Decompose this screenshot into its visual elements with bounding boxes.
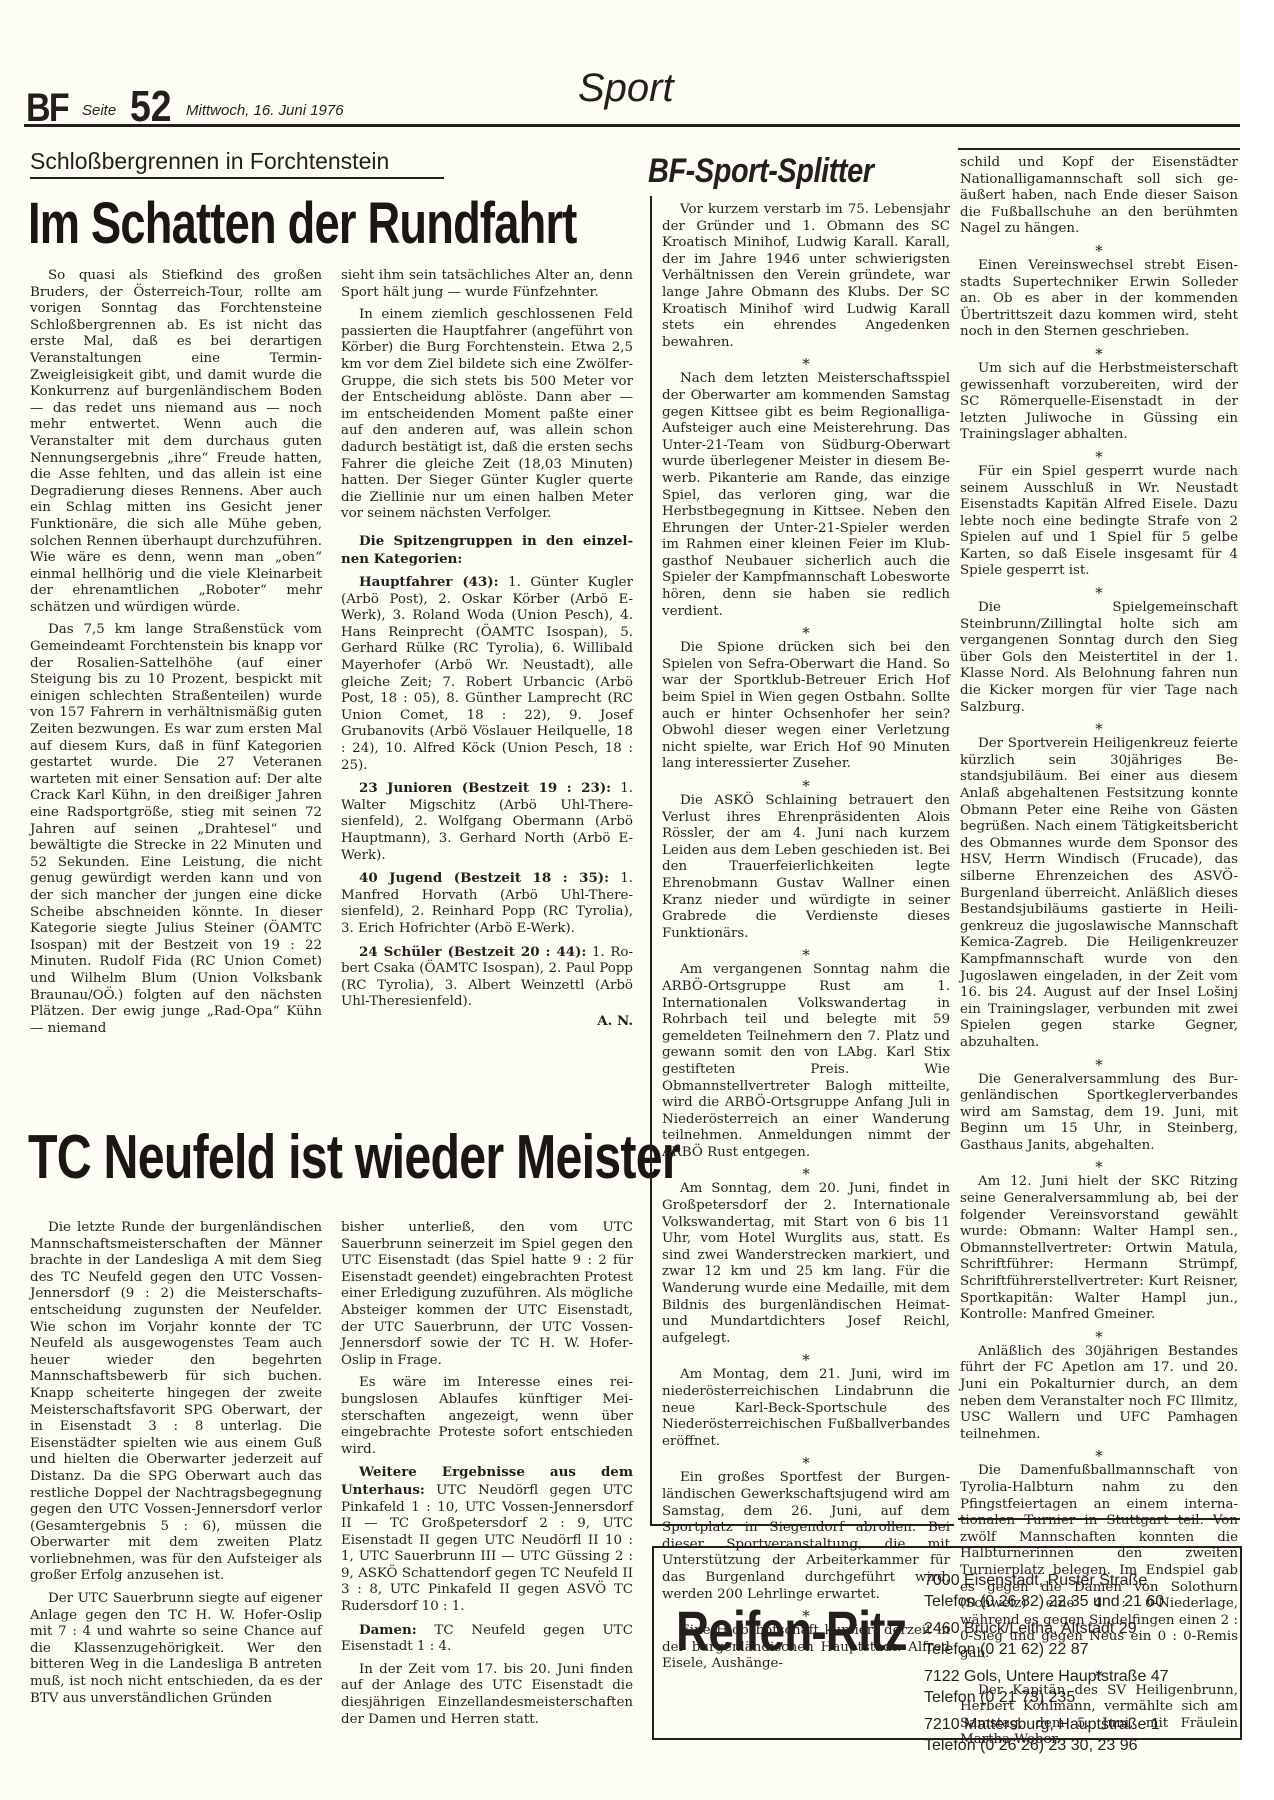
- masthead: BF Seite 52 Mittwoch, 16. Juni 1976 Spor…: [26, 78, 1241, 128]
- results-hauptfahrer: Hauptfahrer (43): 1. Günter Kug­ler (Arb…: [341, 574, 633, 774]
- splitter-top-rule: [958, 148, 1240, 150]
- news-item: Die Spione drücken sich bei den Spielen …: [662, 640, 950, 773]
- article2-headline: TC Neufeld ist wieder Meister: [28, 1122, 680, 1193]
- section-title: Sport: [578, 66, 674, 111]
- news-item: Nach dem letzten Meisterschafts­spiel de…: [662, 371, 950, 620]
- unterhaus-results: Weitere Ergebnisse aus dem Unterhaus: UT…: [341, 1464, 633, 1615]
- ad-branch: 2460 Bruck/Leitha, Altstadt 29 Telefon (…: [924, 1618, 1169, 1660]
- separator-asterisk: *: [662, 626, 950, 640]
- separator-asterisk: *: [662, 1167, 950, 1181]
- results-schueler: 24 Schüler (Bestzeit 20 : 44): 1. Ro­ber…: [341, 944, 633, 1011]
- branch-address: 7122 Gols, Untere Hauptstraße 47: [924, 1666, 1169, 1687]
- splitter-bottom-rule: [958, 1518, 1240, 1520]
- damen-results: Damen: TC Neufeld gegen UTC Eisenstadt 1…: [341, 1622, 633, 1656]
- separator-asterisk: *: [662, 948, 950, 962]
- splitter-title: BF-Sport-Splitter: [648, 152, 874, 191]
- branch-address: 7210 Mattersburg, Hauptstraße 1: [924, 1714, 1169, 1735]
- separator-asterisk: *: [960, 347, 1238, 361]
- article2-column-2: bisher unterließ, den vom UTC Sauerbrunn…: [341, 1220, 633, 1734]
- paragraph: bisher unterließ, den vom UTC Sauerbrunn…: [341, 1220, 633, 1369]
- branch-phone: Telefon (0 21 73) 235: [924, 1687, 1169, 1708]
- paragraph: sieht ihm sein tatsächliches Alter an, d…: [341, 268, 633, 301]
- paragraph: So quasi als Stiefkind des großen Bruder…: [30, 268, 322, 616]
- separator-asterisk: *: [960, 1160, 1238, 1174]
- paragraph: In der Zeit vom 17. bis 20. Juni finden …: [341, 1662, 633, 1728]
- separator-asterisk: *: [960, 1330, 1238, 1344]
- news-item: Am 12. Juni hielt der SKC Rit­zing seine…: [960, 1174, 1238, 1323]
- news-item: Am Montag, dem 21. Juni, wird im niederö…: [662, 1367, 950, 1450]
- splitter-column-1: Vor kurzem verstarb im 75. Le­bensjahr d…: [662, 202, 950, 1679]
- separator-asterisk: *: [662, 1456, 950, 1470]
- results-junioren: 23 Junioren (Bestzeit 19 : 23): 1. Walte…: [341, 780, 633, 864]
- paragraph: Die letzte Runde der burgenlän­dischen M…: [30, 1220, 322, 1585]
- page-label: Seite: [82, 102, 116, 119]
- separator-asterisk: *: [662, 357, 950, 371]
- reifen-ritz-advertisement: Reifen-Ritz 7000 Eisenstadt, Ruster Stra…: [652, 1546, 1242, 1740]
- news-item: Die Spielgemeinschaft Steinbrunn/Zilling…: [960, 600, 1238, 716]
- results-heading: Die Spitzengruppen in den einzel­nen Kat…: [341, 533, 633, 568]
- masthead-rule: [24, 124, 1240, 127]
- news-item: Die ASKÖ Schlaining betrauert den Verlus…: [662, 793, 950, 942]
- news-item: Die Generalversammlung des Bur­genländis…: [960, 1072, 1238, 1155]
- paragraph: Das 7,5 km lange Straßenstück vom Gemein…: [30, 622, 322, 1037]
- ad-company-name: Reifen-Ritz: [676, 1598, 907, 1663]
- splitter-column-2: schild und Kopf der Eisenstädter Nationa…: [960, 155, 1238, 1755]
- news-item: Um sich auf die Herbstmeister­schaft gew…: [960, 361, 1238, 444]
- separator-asterisk: *: [960, 450, 1238, 464]
- ad-branch: 7210 Mattersburg, Hauptstraße 1 Telefon …: [924, 1714, 1169, 1756]
- news-item: Der Sportverein Heiligenkreuz feierte kü…: [960, 736, 1238, 1051]
- separator-asterisk: *: [960, 1449, 1238, 1463]
- separator-asterisk: *: [960, 1058, 1238, 1072]
- branch-phone: Telefon (0 26 82) 22 35 und 21 60: [924, 1591, 1169, 1612]
- article1-headline: Im Schatten der Rundfahrt: [28, 190, 577, 257]
- separator-asterisk: *: [960, 244, 1238, 258]
- news-item: Am vergangenen Sonntag nahm die ARBÖ-Ort…: [662, 962, 950, 1161]
- page-edge: [1240, 0, 1274, 1800]
- news-item: Anläßlich des 30jährigen Bestan­des führ…: [960, 1344, 1238, 1444]
- separator-asterisk: *: [662, 779, 950, 793]
- paragraph: In einem ziemlich geschlossenen Feld pas…: [341, 307, 633, 523]
- results-jugend: 40 Jugend (Bestzeit 18 : 35): 1. Manfred…: [341, 870, 633, 937]
- branch-phone: Telefon (0 26 26) 23 30, 23 96: [924, 1735, 1169, 1756]
- news-item: Einen Vereinswechsel strebt Eisen­stadts…: [960, 258, 1238, 341]
- branch-address: 2460 Bruck/Leitha, Altstadt 29: [924, 1618, 1169, 1639]
- separator-asterisk: *: [960, 586, 1238, 600]
- article2-column-1: Die letzte Runde der burgenlän­dischen M…: [30, 1220, 322, 1713]
- ad-branch: 7000 Eisenstadt, Ruster Straße Telefon (…: [924, 1570, 1169, 1612]
- article1-kicker: Schloßbergrennen in Forchtenstein: [30, 148, 444, 179]
- separator-asterisk: *: [960, 722, 1238, 736]
- paragraph: Es wäre im Interesse eines rei­bungslose…: [341, 1375, 633, 1458]
- news-item: Für ein Spiel gesperrt wurde nach seinem…: [960, 464, 1238, 580]
- ad-branch: 7122 Gols, Untere Hauptstraße 47 Telefon…: [924, 1666, 1169, 1708]
- news-item: schild und Kopf der Eisenstädter Nationa…: [960, 155, 1238, 238]
- author-signature: A. N.: [341, 1013, 633, 1030]
- separator-asterisk: *: [662, 1353, 950, 1367]
- branch-address: 7000 Eisenstadt, Ruster Straße: [924, 1570, 1169, 1591]
- news-item: Am Sonntag, dem 20. Juni, findet in Groß…: [662, 1181, 950, 1347]
- paragraph: Der UTC Sauerbrunn siegte auf eigener An…: [30, 1591, 322, 1707]
- issue-date: Mittwoch, 16. Juni 1976: [186, 102, 344, 119]
- branch-phone: Telefon (0 21 62) 22 87: [924, 1639, 1169, 1660]
- article1-column-1: So quasi als Stiefkind des großen Bruder…: [30, 268, 322, 1043]
- article1-column-2: sieht ihm sein tatsächliches Alter an, d…: [341, 268, 633, 1030]
- news-item: Vor kurzem verstarb im 75. Le­bensjahr d…: [662, 202, 950, 351]
- ad-branch-list: 7000 Eisenstadt, Ruster Straße Telefon (…: [924, 1570, 1169, 1762]
